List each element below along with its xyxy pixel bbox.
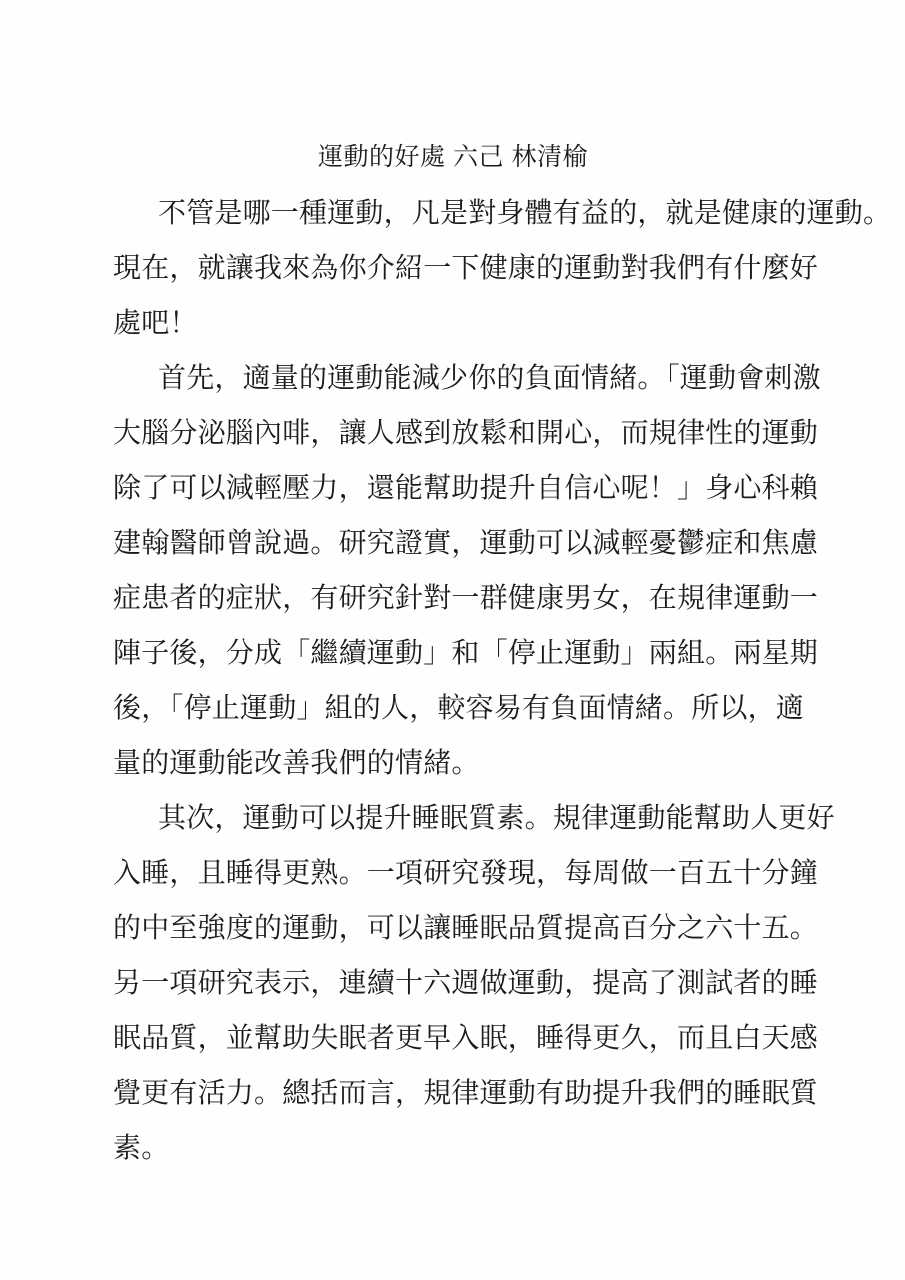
text-line: 覺更有活力。總括而言，規律運動有助提升我們的睡眠質 <box>113 1065 793 1120</box>
text-line: 量的運動能改善我們的情緒。 <box>113 735 793 790</box>
paragraph-sleep: 其次，運動可以提升睡眠質素。規律運動能幫助人更好 入睡，且睡得更熟。一項研究發現… <box>113 790 793 1175</box>
text-line: 陣子後，分成「繼續運動」和「停止運動」兩組。兩星期 <box>113 625 793 680</box>
text-line: 現在，就讓我來為你介紹一下健康的運動對我們有什麼好 <box>113 240 793 295</box>
text-line: 眠品質，並幫助失眠者更早入眠，睡得更久，而且白天感 <box>113 1010 793 1065</box>
paragraph-emotions: 首先，適量的運動能減少你的負面情緒。「運動會刺激 大腦分泌腦內啡，讓人感到放鬆和… <box>113 350 793 790</box>
text-line: 不管是哪一種運動，凡是對身體有益的，就是健康的運動。 <box>113 185 793 240</box>
text-line: 大腦分泌腦內啡，讓人感到放鬆和開心，而規律性的運動 <box>113 405 793 460</box>
text-line: 除了可以減輕壓力，還能幫助提升自信心呢！」身心科賴 <box>113 460 793 515</box>
text-line: 素。 <box>113 1120 793 1175</box>
text-line: 其次，運動可以提升睡眠質素。規律運動能幫助人更好 <box>113 790 793 845</box>
text-line: 建翰醫師曾說過。研究證實，運動可以減輕憂鬱症和焦慮 <box>113 515 793 570</box>
document-title: 運動的好處 六己 林清榆 <box>113 130 793 185</box>
paragraph-intro: 不管是哪一種運動，凡是對身體有益的，就是健康的運動。 現在，就讓我來為你介紹一下… <box>113 185 793 350</box>
text-line: 首先，適量的運動能減少你的負面情緒。「運動會刺激 <box>113 350 793 405</box>
text-line: 另一項研究表示，連續十六週做運動，提高了測試者的睡 <box>113 955 793 1010</box>
text-line: 入睡，且睡得更熟。一項研究發現，每周做一百五十分鐘 <box>113 845 793 900</box>
text-line: 症患者的症狀，有研究針對一群健康男女，在規律運動一 <box>113 570 793 625</box>
text-line: 後，「停止運動」組的人，較容易有負面情緒。所以，適 <box>113 680 793 735</box>
text-line: 的中至強度的運動，可以讓睡眠品質提高百分之六十五。 <box>113 900 793 955</box>
text-line: 處吧！ <box>113 295 793 350</box>
document-page: 運動的好處 六己 林清榆 不管是哪一種運動，凡是對身體有益的，就是健康的運動。 … <box>0 0 905 1280</box>
